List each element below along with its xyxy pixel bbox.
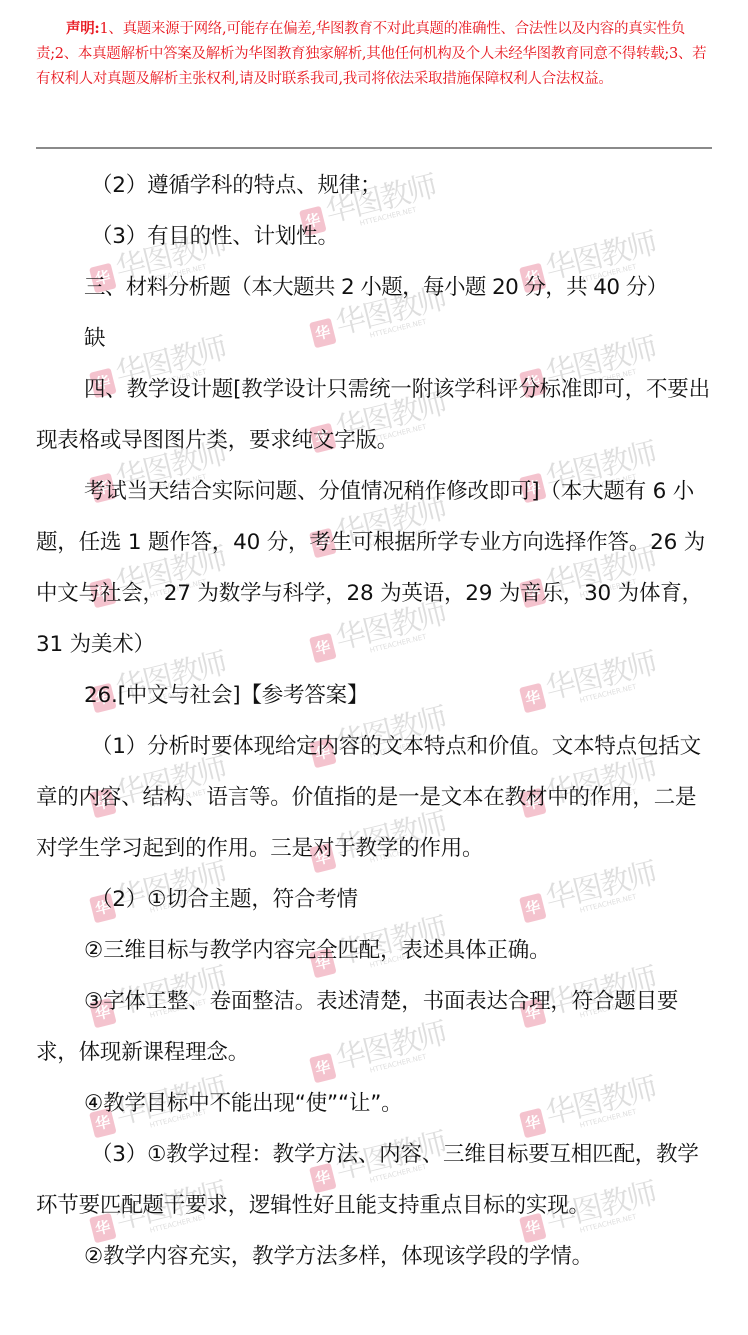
divider xyxy=(36,147,712,149)
paragraph: ③字体工整、卷面整洁。表述清楚，书面表达合理，符合题目要求，体现新课程理念。 xyxy=(36,976,712,1078)
paragraph: （1）分析时要体现给定内容的文本特点和价值。文本特点包括文章的内容、结构、语言等… xyxy=(36,721,712,874)
paragraph: （2）遵循学科的特点、规律； xyxy=(36,160,712,211)
paragraph: （2）①切合主题，符合考情 xyxy=(36,874,712,925)
disclaimer: 声明:1、真题来源于网络,可能存在偏差,华图教育不对此真题的准确性、合法性以及内… xyxy=(36,16,712,92)
question-heading: 26.[中文与社会]【参考答案】 xyxy=(36,670,712,721)
paragraph: ②教学内容充实，教学方法多样，体现该学段的学情。 xyxy=(36,1231,712,1282)
paragraph: ④教学目标中不能出现“使”“让”。 xyxy=(36,1078,712,1129)
paragraph: 缺 xyxy=(36,313,712,364)
section-heading: 四、教学设计题[教学设计只需统一附该学科评分标准即可，不要出现表格或导图图片类，… xyxy=(36,364,712,466)
disclaimer-text: 1、真题来源于网络,可能存在偏差,华图教育不对此真题的准确性、合法性以及内容的真… xyxy=(36,21,706,87)
disclaimer-lead: 声明: xyxy=(66,20,99,37)
paragraph: ②三维目标与教学内容完全匹配，表述具体正确。 xyxy=(36,925,712,976)
paragraph: 考试当天结合实际问题、分值情况稍作修改即可]（本大题有 6 小题，任选 1 题作… xyxy=(36,466,712,670)
section-heading: 三、材料分析题（本大题共 2 小题，每小题 20 分，共 40 分） xyxy=(36,262,712,313)
paragraph: （3）有目的性、计划性。 xyxy=(36,211,712,262)
paragraph: （3）①教学过程：教学方法、内容、三维目标要互相匹配，教学环节要匹配题干要求，逻… xyxy=(36,1129,712,1231)
